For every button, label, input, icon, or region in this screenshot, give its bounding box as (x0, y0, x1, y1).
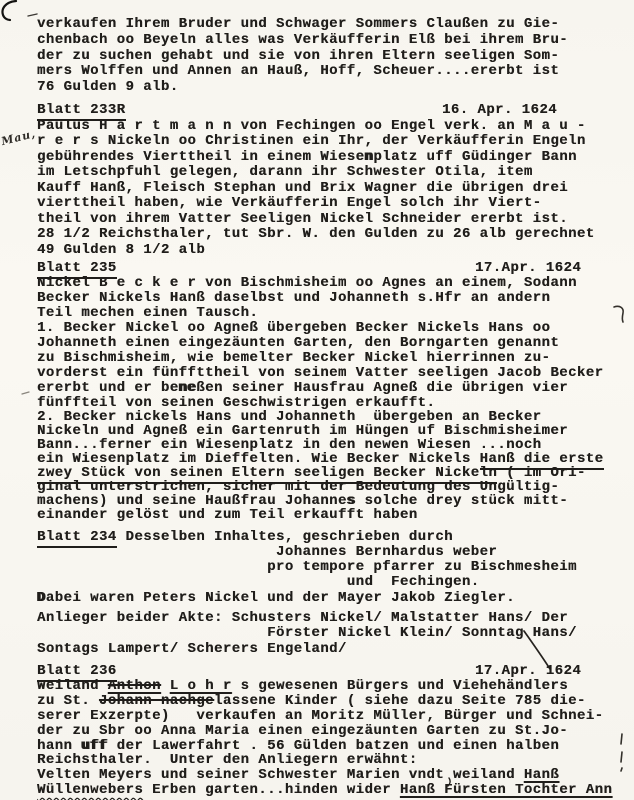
entry-header: Blatt 233R16. Apr. 1624 (37, 103, 126, 118)
doc-line: Wüllenwebers Erben garten...hinden wider… (37, 783, 612, 798)
doc-text: Sontags Lampert/ Scherers Engeland/ (37, 641, 347, 657)
doc-text: Velten Meyers und seiner Schwester Marie… (37, 767, 524, 783)
doc-text: vorderst ein fünffttheil von seinem Vatt… (37, 365, 604, 381)
doc-text: 76 Gulden 9 alb. (37, 79, 179, 95)
doc-text: abei waren Peters Nickel und der Mayer J… (46, 590, 515, 606)
doc-text: ßen seiner Hausfrau Agneß die übrigen vi… (196, 380, 568, 396)
doc-text: Johanneth einen eingezäunten Garten, den… (37, 335, 559, 351)
doc-text-marked: Anthon (108, 678, 161, 694)
doc-line: Dabei waren Peters Nickel und der Mayer … (37, 591, 515, 606)
doc-text: 1. Becker Nickel oo Agneß übergeben Beck… (37, 320, 550, 336)
doc-text: Weiland (37, 678, 108, 694)
corner-pen-mark (0, 0, 26, 24)
doc-line: der zu Sbr oo Anna Maria einen eingezäun… (37, 724, 568, 739)
doc-text-marked: D (37, 590, 46, 606)
entry-date: 17.Apr. 1624 (475, 261, 581, 276)
doc-text-marked: Johann nachge (99, 693, 214, 709)
doc-line: vorderst ein fünffttheil von seinem Vatt… (37, 366, 604, 381)
doc-line: Teil mechen einen Tausch. (37, 306, 258, 321)
doc-line: und Fechingen. (37, 575, 480, 590)
doc-text-marked: Hanß Fürsten Tochter Ann (400, 782, 612, 798)
doc-line: Velten Meyers und seiner Schwester Marie… (37, 768, 559, 783)
doc-text: Nickel B e c k e r von Bischmisheim oo A… (37, 275, 577, 291)
doc-text: zu Bischmisheim, wie bemelter Becker Nic… (37, 350, 550, 366)
doc-text: Teil mechen einen Tausch. (37, 305, 258, 321)
doc-line: theil von ihrem Vatter Seeligen Nickel S… (37, 212, 568, 227)
doc-line: chenbach oo Beyeln alles was Verkäufferi… (37, 33, 568, 48)
doc-text: lassene Kinder ( siehe dazu Seite 785 di… (214, 693, 586, 709)
doc-line: verkaufen Ihrem Bruder und Schwager Somm… (37, 17, 559, 32)
doc-line: zu Bischmisheim, wie bemelter Becker Nic… (37, 351, 550, 366)
doc-line: Nickel B e c k e r von Bischmisheim oo A… (37, 276, 577, 291)
document-page: Mau, verkaufen Ihrem Bruder und Schwager… (0, 0, 634, 800)
doc-text (161, 678, 170, 694)
doc-text: s gewesenen Bürgers und Viehehändlers (232, 678, 568, 694)
doc-line: 49 Gulden 8 1/2 alb (37, 243, 205, 258)
doc-line: zu St. Johann nachgelassene Kinder ( sie… (37, 694, 586, 709)
doc-text: platz uff Güdinger Bann (373, 149, 577, 165)
doc-text-marked: Hanß (524, 767, 559, 783)
doc-text: Johannes Bernhardus weber (37, 544, 497, 560)
left-margin-tick-mark (20, 388, 32, 398)
doc-line: 76 Gulden 9 alb. (37, 80, 179, 95)
doc-line: 28 1/2 Reichsthaler, tut Sbr. W. den Gul… (37, 227, 595, 242)
doc-line: 1. Becker Nickel oo Agneß übergeben Beck… (37, 321, 550, 336)
doc-text: im Letschpfuhl gelegen, darann ihr Schwe… (37, 164, 533, 180)
doc-text: Desselben Inhaltes, geschrieben durch (117, 529, 453, 545)
doc-line: Sontags Lampert/ Scherers Engeland/ (37, 642, 347, 657)
doc-line: im Letschpfuhl gelegen, darann ihr Schwe… (37, 165, 533, 180)
doc-text-marked: ne (179, 380, 197, 396)
doc-text: 28 1/2 Reichsthaler, tut Sbr. W. den Gul… (37, 226, 595, 242)
doc-line: Johannes Bernhardus weber (37, 545, 497, 560)
doc-text: pro tempore pfarrer zu Bischmesheim (37, 559, 577, 575)
doc-text: theil von ihrem Vatter Seeligen Nickel S… (37, 211, 568, 227)
doc-text: gebührendes Vierttheil in einem Wiese (37, 149, 365, 165)
doc-text: serer Exzerpte) verkaufen an Moritz Müll… (37, 708, 604, 724)
doc-text: einander gelöst und zum Teil erkaufft ha… (37, 507, 418, 523)
doc-text: Becker Nickels Hanß daselbst und Johanne… (37, 290, 550, 306)
entry-date: 16. Apr. 1624 (442, 103, 557, 118)
doc-line: Reichsthaler. Unter den Anliegern erwähn… (37, 753, 418, 768)
entry-header: Blatt 23517.Apr. 1624 (37, 261, 117, 276)
entry-header: Blatt 23617.Apr. 1624 (37, 664, 117, 679)
doc-line: einander gelöst und zum Teil erkaufft ha… (37, 508, 418, 523)
doc-text: mers Wolffen und Annen an Hauß, Hoff, Sc… (37, 63, 559, 79)
doc-line: Weiland Anthon L o h r s gewesenen Bürge… (37, 679, 568, 694)
doc-text-marked: L o h r (170, 678, 232, 694)
doc-text: r e r s Nickeln oo Christinen ein Ihr, d… (37, 133, 586, 149)
doc-line: Johanneth einen eingezäunten Garten, den… (37, 336, 559, 351)
doc-text: Förster Nickel Klein/ Sonntag Hans/ (37, 625, 577, 641)
right-margin-dash-marks (616, 732, 628, 772)
doc-line: Becker Nickels Hanß daselbst und Johanne… (37, 291, 550, 306)
right-margin-hook-mark (610, 303, 630, 325)
doc-line: der zu suchen gehabt und sie von ihren E… (37, 49, 559, 64)
doc-line: Paulus H a r t m a n n von Fechingen oo … (37, 119, 586, 134)
doc-text: chenbach oo Beyeln alles was Verkäufferi… (37, 32, 568, 48)
margin-note-handwriting: Mau, (0, 127, 37, 148)
doc-text: ererbt und er be (37, 380, 179, 396)
doc-line: ererbt und er beneßen seiner Hausfrau Ag… (37, 381, 568, 396)
doc-text-marked: Wüllenwebers (37, 782, 143, 798)
doc-line: vierttheil haben, wie Verkäufferin Engel… (37, 196, 542, 211)
doc-line: Förster Nickel Klein/ Sonntag Hans/ (37, 626, 577, 641)
doc-text: und Fechingen. (37, 574, 480, 590)
doc-line: Kauff Hanß, Fleisch Stephan und Brix Wag… (37, 181, 568, 196)
doc-text: Paulus H a r t m a n n von Fechingen oo … (37, 118, 586, 134)
entry-date: 17.Apr. 1624 (475, 664, 581, 679)
doc-line: serer Exzerpte) verkaufen an Moritz Müll… (37, 709, 604, 724)
doc-line: mers Wolffen und Annen an Hauß, Hoff, Sc… (37, 64, 559, 79)
doc-text: 49 Gulden 8 1/2 alb (37, 242, 205, 258)
doc-text: der zu Sbr oo Anna Maria einen eingezäun… (37, 723, 568, 739)
doc-text: Reichsthaler. Unter den Anliegern erwähn… (37, 752, 418, 768)
doc-text: vierttheil haben, wie Verkäufferin Engel… (37, 195, 542, 211)
doc-line: Anlieger beider Akte: Schusters Nickel/ … (37, 611, 568, 626)
doc-line: gebührendes Vierttheil in einem Wiesenpl… (37, 150, 577, 165)
doc-text: Kauff Hanß, Fleisch Stephan und Brix Wag… (37, 180, 568, 196)
doc-text: der zu suchen gehabt und sie von ihren E… (37, 48, 559, 64)
doc-line: pro tempore pfarrer zu Bischmesheim (37, 560, 577, 575)
entry-header: Blatt 234 Desselben Inhaltes, geschriebe… (37, 530, 453, 545)
doc-text: zu St. (37, 693, 99, 709)
doc-line: r e r s Nickeln oo Christinen ein Ihr, d… (37, 134, 586, 149)
doc-text: Erben garten...hinden wider (143, 782, 400, 798)
doc-text: Anlieger beider Akte: Schusters Nickel/ … (37, 610, 568, 626)
doc-text: verkaufen Ihrem Bruder und Schwager Somm… (37, 16, 559, 32)
